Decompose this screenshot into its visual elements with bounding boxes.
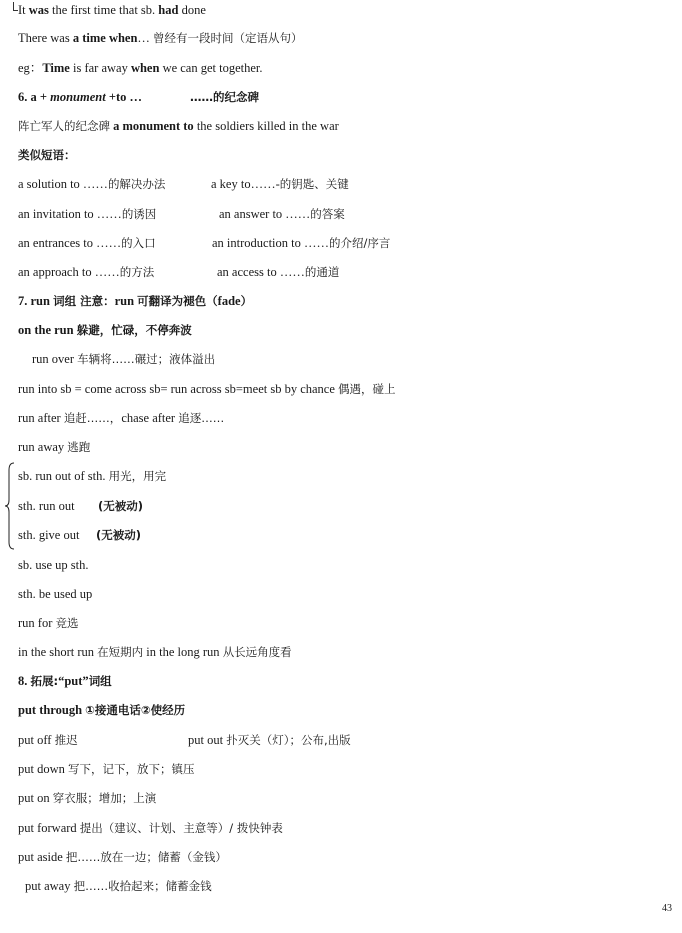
bold-text: Time bbox=[42, 61, 70, 75]
line-run-over: run over 车辆将……碾过；液体溢出 bbox=[32, 351, 215, 367]
chinese-text: (无被动) bbox=[96, 527, 141, 543]
text: run over bbox=[32, 352, 77, 366]
text: in the short run bbox=[18, 645, 97, 659]
bold-italic-text: monument bbox=[50, 90, 106, 104]
similar-row: an approach to ……的方法 an access to ……的通道 bbox=[18, 264, 154, 280]
text: an introduction to …… bbox=[212, 236, 329, 250]
text: eg： bbox=[18, 61, 42, 75]
bold-text: when bbox=[131, 61, 159, 75]
chinese-text: 曾经有一段时间（定语从句） bbox=[153, 31, 303, 45]
chinese-text: 追逐…… bbox=[178, 411, 224, 425]
bold-text: +to … bbox=[106, 90, 142, 104]
text: There was bbox=[18, 31, 73, 45]
similar-row: an invitation to ……的诱因 an answer to ……的答… bbox=[18, 206, 156, 222]
text: in the long run bbox=[143, 645, 223, 659]
bold-text: fade bbox=[218, 294, 241, 308]
line-put-on: put on 穿衣服；增加；上演 bbox=[18, 790, 156, 806]
bold-text: had bbox=[158, 3, 178, 17]
text: sb. run out of sth. bbox=[18, 469, 109, 483]
similar-row: a solution to ……的解决办法 a key to……-的钥匙、关键 bbox=[18, 176, 165, 192]
text: put down bbox=[18, 762, 68, 776]
line-put-away: put away 把……收拾起来；储蓄金钱 bbox=[25, 878, 212, 894]
chinese-text: 把……收拾起来；储蓄金钱 bbox=[74, 879, 212, 893]
text: run away bbox=[18, 440, 67, 454]
chinese-text: 车辆将……碾过；液体溢出 bbox=[77, 352, 215, 366]
chinese-text: 的介绍/序言 bbox=[329, 236, 390, 250]
bold-text: a time when bbox=[73, 31, 138, 45]
line-first-time: It was the first time that sb. had done bbox=[18, 2, 206, 18]
text: run after bbox=[18, 411, 64, 425]
heading-number: 6. a + bbox=[18, 90, 50, 104]
text: sth. run out bbox=[18, 499, 75, 513]
text: sb. use up sth. bbox=[18, 558, 89, 572]
line-use-up: sb. use up sth. bbox=[18, 557, 89, 573]
bold-text: a monument to bbox=[110, 119, 194, 133]
chinese-text: 的通道 bbox=[305, 265, 340, 279]
line-a-time-when: There was a time when… 曾经有一段时间（定语从句） bbox=[18, 30, 303, 46]
line-put-down: put down 写下，记下，放下；镇压 bbox=[18, 761, 195, 777]
chinese-text: 用光，用完 bbox=[109, 469, 167, 483]
text: put on bbox=[18, 791, 53, 805]
chinese-text: ①接通电话②使经历 bbox=[85, 703, 185, 717]
text: an answer to …… bbox=[219, 207, 310, 221]
chinese-text: 阵亡军人的纪念碑 bbox=[18, 119, 110, 133]
line-put-through: put through ①接通电话②使经历 bbox=[18, 702, 185, 718]
bold-text: was bbox=[29, 3, 49, 17]
chinese-text: 的解决办法 bbox=[108, 177, 166, 191]
text: a solution to …… bbox=[18, 177, 108, 191]
text: put aside bbox=[18, 850, 66, 864]
chinese-heading: 词组 bbox=[53, 294, 76, 308]
text: put forward bbox=[18, 821, 80, 835]
bold-text: run bbox=[115, 294, 138, 308]
line-monument-example: 阵亡军人的纪念碑 a monument to the soldiers kill… bbox=[18, 118, 339, 134]
chinese-text: 在短期内 bbox=[97, 645, 143, 659]
chinese-text: 逃跑 bbox=[67, 440, 90, 454]
chinese-heading: ……的纪念碑 bbox=[190, 89, 259, 105]
bold-text: 7. run bbox=[18, 294, 53, 308]
line-run-away: run away 逃跑 bbox=[18, 439, 90, 455]
text: put off bbox=[18, 733, 55, 747]
chinese-text: 的诱因 bbox=[122, 207, 157, 221]
chinese-text: 的入口 bbox=[121, 236, 156, 250]
text: … bbox=[137, 31, 153, 45]
chinese-heading: 拓展: bbox=[31, 674, 59, 688]
text: chase after bbox=[121, 411, 178, 425]
chinese-text: 偶遇，碰上 bbox=[338, 382, 396, 396]
chinese-heading: 可翻译为褪色（ bbox=[137, 294, 218, 308]
chinese-text: 穿衣服；增加；上演 bbox=[53, 791, 157, 805]
line-put-aside: put aside 把……放在一边；储蓄（金钱） bbox=[18, 849, 227, 865]
text: an invitation to …… bbox=[18, 207, 122, 221]
line-put-off-out: put off 推迟 put out 扑灭关（灯）；公布,出版 bbox=[18, 732, 78, 748]
chinese-heading: 类似短语： bbox=[18, 148, 76, 162]
chinese-text: 把……放在一边；储蓄（金钱） bbox=[66, 850, 227, 864]
text: the first time that sb. bbox=[49, 3, 158, 17]
bold-text: put through bbox=[18, 703, 85, 717]
line-run-into: run into sb = come across sb= run across… bbox=[18, 381, 396, 397]
line-run-out-of: sb. run out of sth. 用光，用完 bbox=[18, 468, 166, 484]
bold-text: “put” bbox=[58, 674, 89, 688]
chinese-text: (无被动) bbox=[98, 498, 143, 514]
bold-text: 8. bbox=[18, 674, 31, 688]
text: put away bbox=[25, 879, 74, 893]
chinese-text: 写下，记下，放下；镇压 bbox=[68, 762, 195, 776]
text: sth. give out bbox=[18, 528, 79, 542]
line-example: eg：Time is far away when we can get toge… bbox=[18, 60, 263, 76]
text: run into sb = come across sb= run across… bbox=[18, 382, 338, 396]
chinese-text: 追赶……， bbox=[64, 411, 122, 425]
chinese-heading: ） bbox=[241, 294, 253, 308]
chinese-heading: 词组 bbox=[89, 674, 112, 688]
chinese-text: 的答案 bbox=[310, 207, 345, 221]
line-on-the-run: on the run 躲避，忙碌，不停奔波 bbox=[18, 322, 192, 338]
text: sth. be used up bbox=[18, 587, 92, 601]
line-run-out: sth. run out (无被动) bbox=[18, 498, 75, 514]
line-short-long-run: in the short run 在短期内 in the long run 从长… bbox=[18, 644, 292, 660]
chinese-text: 从长远角度看 bbox=[223, 645, 292, 659]
chinese-text: 的方法 bbox=[120, 265, 155, 279]
line-give-out: sth. give out (无被动) bbox=[18, 527, 79, 543]
text: an approach to …… bbox=[18, 265, 120, 279]
text: an entrances to …… bbox=[18, 236, 121, 250]
text: It bbox=[18, 3, 29, 17]
line-put-forward: put forward 提出（建议、计划、主意等）/ 拨快钟表 bbox=[18, 820, 283, 836]
chinese-heading: 注意： bbox=[76, 294, 115, 308]
chinese-text: 扑灭关（灯）；公布,出版 bbox=[226, 733, 350, 747]
chinese-text: 推迟 bbox=[55, 733, 78, 747]
heading-8-put: 8. 拓展:“put”词组 bbox=[18, 673, 112, 689]
chinese-text: 的钥匙、关键 bbox=[280, 177, 349, 191]
text: put out bbox=[188, 733, 226, 747]
page-number: 43 bbox=[662, 903, 672, 914]
text: run for bbox=[18, 616, 56, 630]
chinese-text: 竞选 bbox=[56, 616, 79, 630]
line-run-for: run for 竞选 bbox=[18, 615, 79, 631]
similar-row: an entrances to ……的入口 an introduction to… bbox=[18, 235, 156, 251]
similar-phrases-heading: 类似短语： bbox=[18, 147, 76, 163]
chinese-text: 躲避，忙碌，不停奔波 bbox=[77, 323, 192, 337]
text: an access to …… bbox=[217, 265, 305, 279]
line-run-after: run after 追赶……，chase after 追逐…… bbox=[18, 410, 224, 426]
curly-brace-icon bbox=[5, 462, 15, 550]
text: a key to……- bbox=[211, 177, 280, 191]
heading-6-monument: 6. a + monument +to … ……的纪念碑 bbox=[18, 89, 142, 105]
text: we can get together. bbox=[159, 61, 262, 75]
heading-7-run: 7. run 词组 注意：run 可翻译为褪色（fade） bbox=[18, 293, 252, 309]
text: done bbox=[178, 3, 205, 17]
line-be-used-up: sth. be used up bbox=[18, 586, 92, 602]
text: is far away bbox=[70, 61, 131, 75]
bold-text: on the run bbox=[18, 323, 77, 337]
chinese-text: 提出（建议、计划、主意等）/ 拨快钟表 bbox=[80, 821, 283, 835]
text: the soldiers killed in the war bbox=[194, 119, 339, 133]
